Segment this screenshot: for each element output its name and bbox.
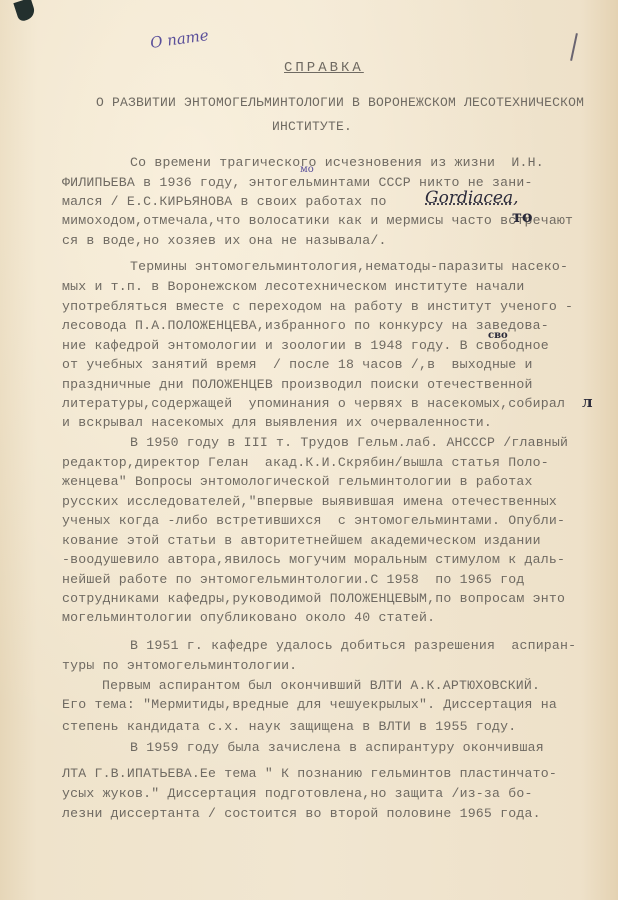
text-line: В 1951 г. кафедре удалось добиться разре… bbox=[130, 638, 576, 654]
text-line: Первым аспирантом был окончивший ВЛТИ А.… bbox=[102, 678, 540, 694]
text-line: нейшей работе по энтомогельминтологии.С … bbox=[62, 572, 525, 588]
text-line: лезни диссертанта / состоится во второй … bbox=[62, 806, 541, 822]
handwritten-insert-to: то bbox=[512, 207, 533, 226]
text-line: Его тема: "Мермитиды,вредные для чешуекр… bbox=[62, 697, 557, 713]
text-line: сотрудниками кафедры,руководимой ПОЛОЖЕН… bbox=[62, 591, 565, 607]
text-line: Со времени трагического исчезновения из … bbox=[130, 155, 544, 171]
text-line: ние кафедрой энтомологии и зоологии в 19… bbox=[62, 338, 549, 354]
text-line: от учебных занятий время / после 18 часо… bbox=[62, 357, 533, 373]
text-line: В 1959 году была зачислена в аспирантуру… bbox=[130, 740, 544, 756]
text-line: ЛТА Г.В.ИПАТЬЕВА.Ее тема " К познанию ге… bbox=[62, 766, 557, 782]
document-subtitle-line2: ИНСТИТУТЕ. bbox=[272, 119, 352, 135]
handwritten-insert-mo: мо bbox=[300, 164, 314, 175]
text-line: мался / Е.С.КИРЬЯНОВА в своих работах по bbox=[62, 194, 387, 210]
text-line: кование этой статьи в авторитетнейшем ак… bbox=[62, 533, 541, 549]
text-line: туры по энтомогельминтологии. bbox=[62, 658, 297, 674]
text-line: В 1950 году в III т. Трудов Гельм.лаб. А… bbox=[130, 435, 568, 451]
text-line: литературы,содержащей упоминания о червя… bbox=[62, 396, 565, 412]
document-subtitle-line1: О РАЗВИТИИ ЭНТОМОГЕЛЬМИНТОЛОГИИ В ВОРОНЕ… bbox=[96, 95, 584, 111]
text-line: мых и т.п. в Воронежском лесотехническом… bbox=[62, 279, 525, 295]
text-line: Термины энтомогельминтология,нематоды-па… bbox=[130, 259, 568, 275]
text-line: мимоходом,отмечала,что волосатики как и … bbox=[62, 213, 573, 229]
handwritten-gordiacea: Gordiacea, bbox=[425, 188, 519, 208]
text-line: праздничные дни ПОЛОЖЕНЦЕВ производил по… bbox=[62, 377, 533, 393]
text-line: и вскрывал насекомых для выявления их оч… bbox=[62, 415, 492, 431]
text-line: ученых когда -либо встретившихся с энтом… bbox=[62, 513, 565, 529]
text-line: редактор,директор Гелан акад.К.И.Скрябин… bbox=[62, 455, 549, 471]
text-line: употребляться вместе с переходом на рабо… bbox=[62, 299, 573, 315]
text-line: могельминтологии опубликовано около 40 с… bbox=[62, 610, 435, 626]
handwritten-insert-l: л bbox=[582, 393, 593, 411]
text-line: усых жуков." Диссертация подготовлена,но… bbox=[62, 786, 533, 802]
document-title: СПРАВКА bbox=[284, 60, 364, 76]
text-line: -воодушевило автора,явилось могучим мора… bbox=[62, 552, 565, 568]
text-line: русских исследователей,"впервые выявивша… bbox=[62, 494, 557, 510]
text-line: лесовода П.А.ПОЛОЖЕНЦЕВА,избранного по к… bbox=[62, 318, 549, 334]
text-line: ся в воде,но хозяев их она не называла/. bbox=[62, 233, 387, 249]
handwritten-insert-svo: сво bbox=[488, 330, 508, 341]
text-line: степень кандидата с.х. наук защищена в В… bbox=[62, 719, 516, 735]
text-line: женцева" Вопросы энтомологической гельми… bbox=[62, 474, 533, 490]
